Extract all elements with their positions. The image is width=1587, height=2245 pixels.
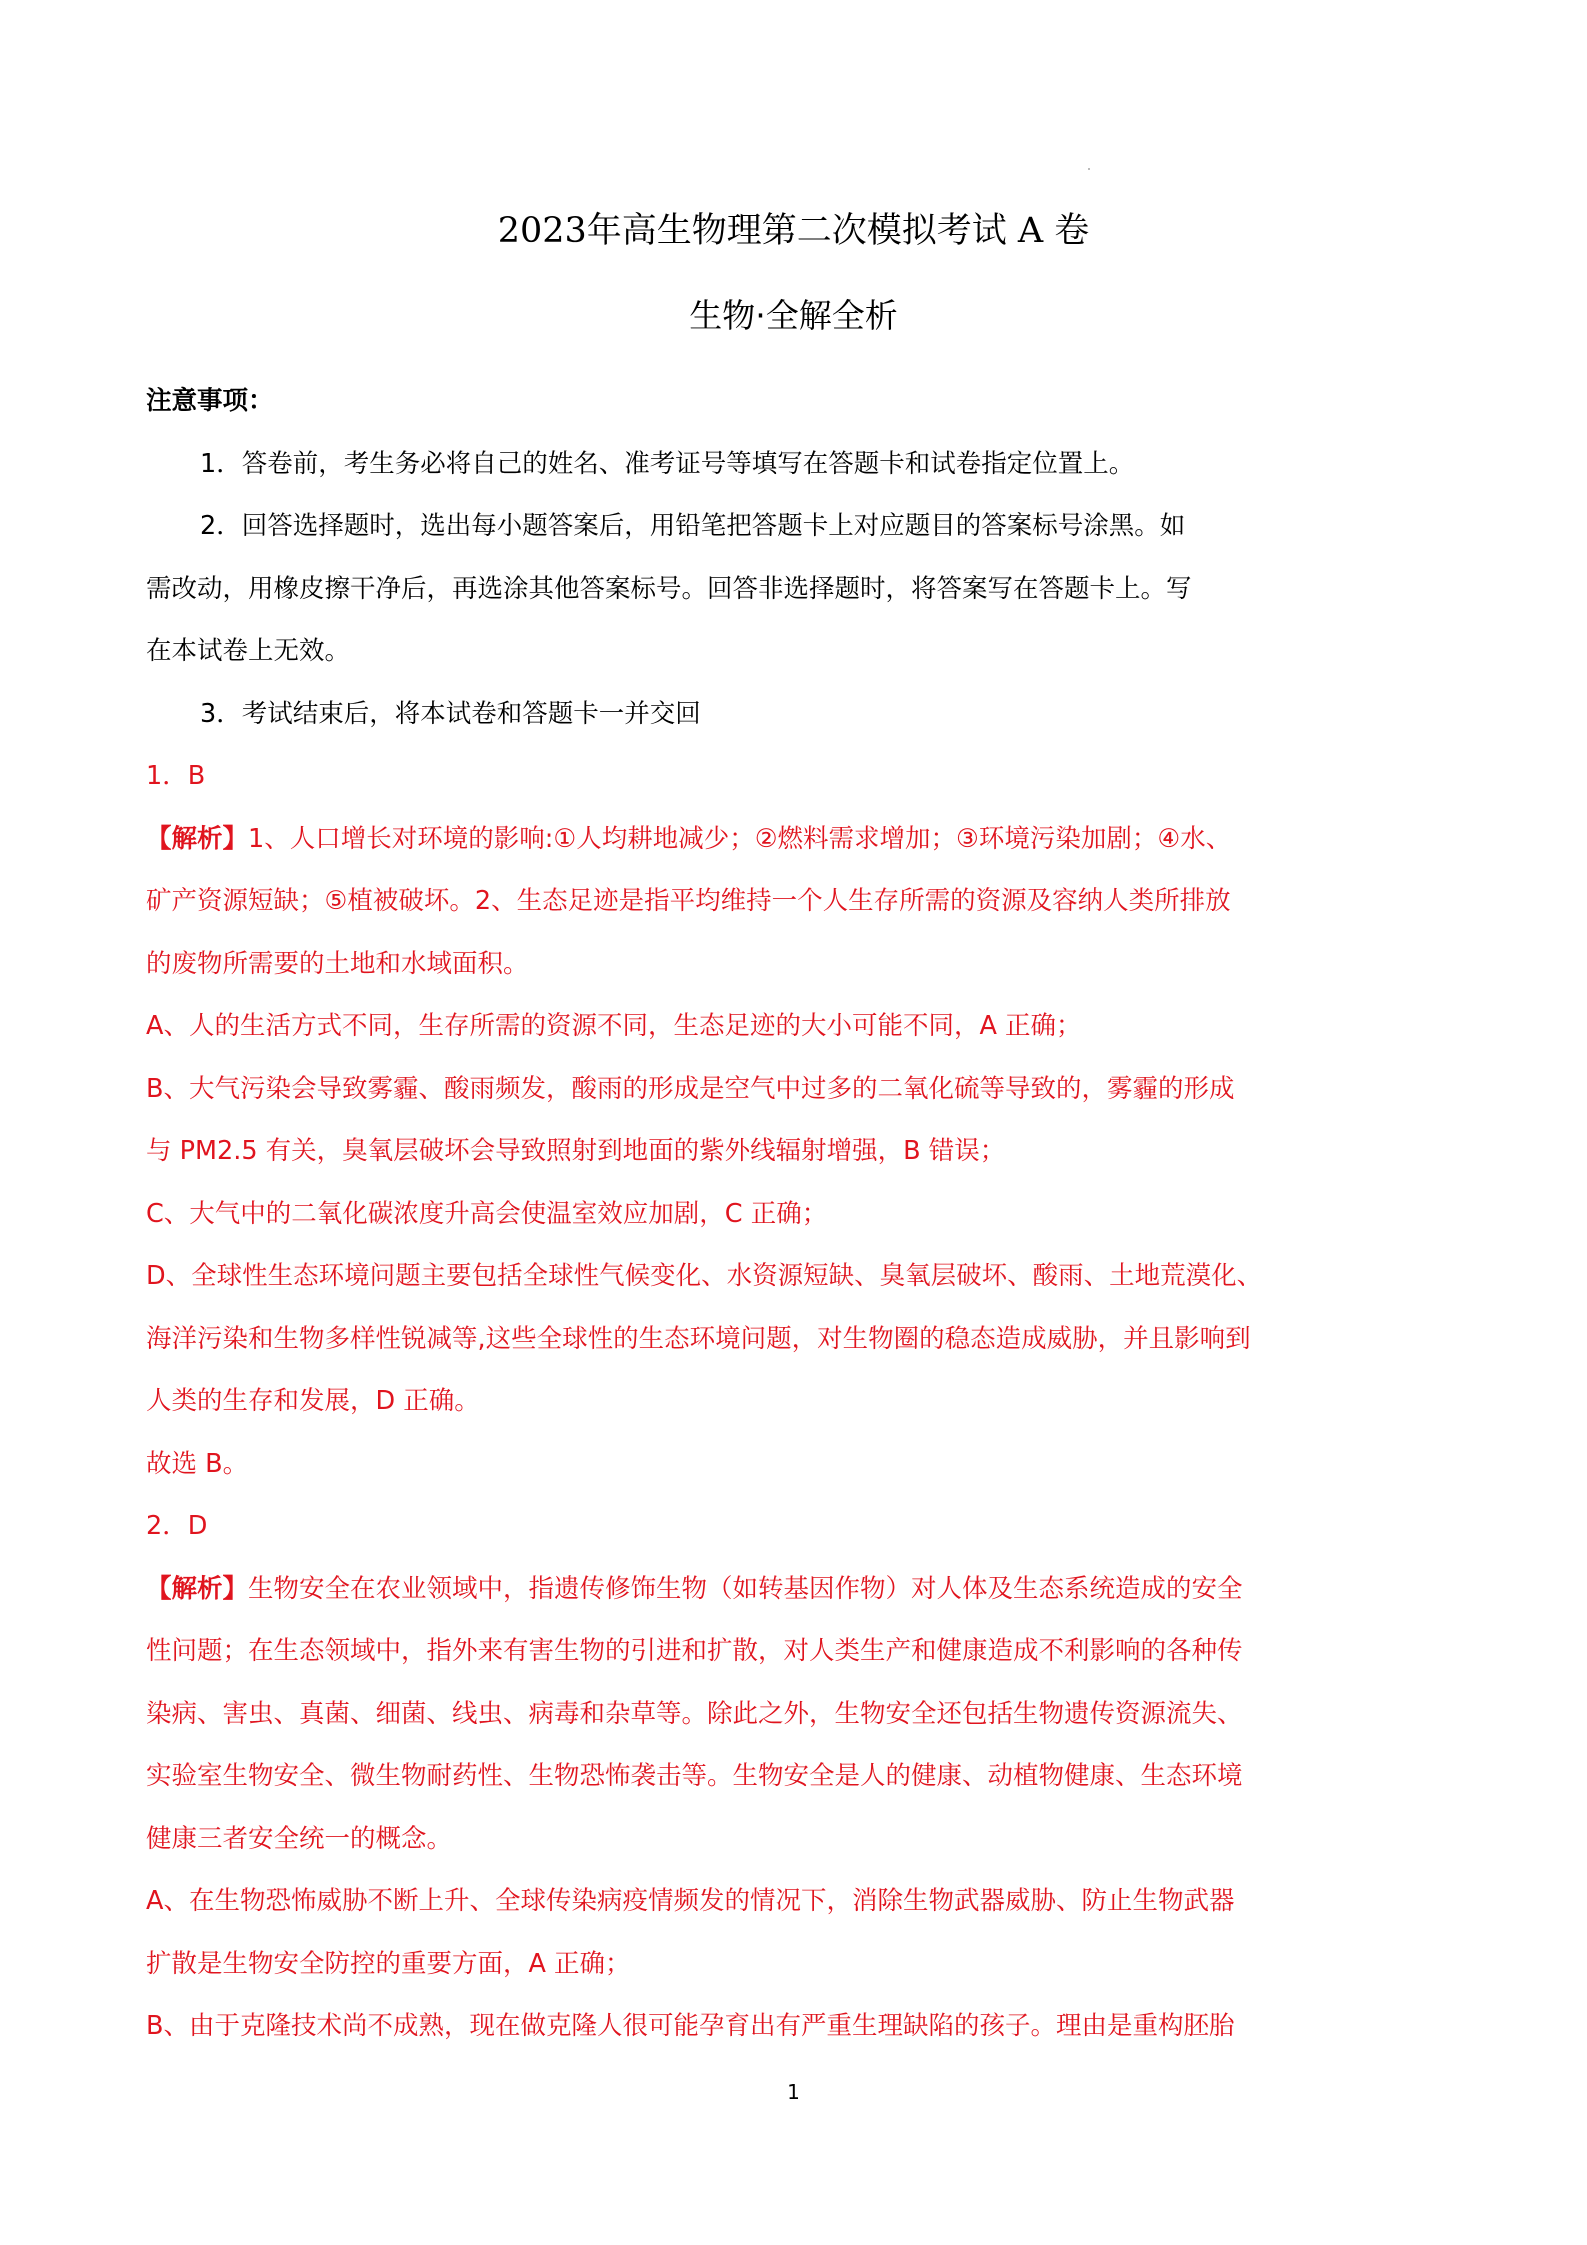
option-line: 与 PM2.5 有关，臭氧层破坏会导致照射到地面的紫外线辐射增强，B 错误； — [146, 1120, 1358, 1183]
question-1-answer: 1．B — [146, 745, 1358, 808]
analysis-text: 矿产资源短缺；⑤植被破坏。2、生态足迹是指平均维持一个人生存所需的资源及容纳人类… — [146, 870, 1358, 933]
document-body: 注意事项： 1．答卷前，考生务必将自己的姓名、准考证号等填写在答题卡和试卷指定位… — [146, 370, 1358, 2058]
option-line: 扩散是生物安全防控的重要方面，A 正确； — [146, 1933, 1358, 1996]
analysis-text: 染病、害虫、真菌、细菌、线虫、病毒和杂草等。除此之外，生物安全还包括生物遗传资源… — [146, 1683, 1358, 1746]
option-line: 海洋污染和生物多样性锐减等,这些全球性的生态环境问题，对生物圈的稳态造成威胁，并… — [146, 1308, 1358, 1371]
notice-line: 1．答卷前，考生务必将自己的姓名、准考证号等填写在答题卡和试卷指定位置上。 — [146, 433, 1358, 496]
analysis-text: 生物安全在农业领域中，指遗传修饰生物（如转基因作物）对人体及生态系统造成的安全 — [248, 1574, 1243, 1604]
option-line: B、大气污染会导致雾霾、酸雨频发，酸雨的形成是空气中过多的二氧化硫等导致的，雾霾… — [146, 1058, 1358, 1121]
analysis-text: 性问题；在生态领域中，指外来有害生物的引进和扩散，对人类生产和健康造成不利影响的… — [146, 1620, 1358, 1683]
conclusion-line: 故选 B。 — [146, 1433, 1358, 1496]
analysis-text: 健康三者安全统一的概念。 — [146, 1808, 1358, 1871]
option-line: D、全球性生态环境问题主要包括全球性气候变化、水资源短缺、臭氧层破坏、酸雨、土地… — [146, 1245, 1358, 1308]
notice-line: 2．回答选择题时，选出每小题答案后，用铅笔把答题卡上对应题目的答案标号涂黑。如 — [146, 495, 1358, 558]
analysis-text: 实验室生物安全、微生物耐药性、生物恐怖袭击等。生物安全是人的健康、动植物健康、生… — [146, 1745, 1358, 1808]
document-title: 2023年高生物理第二次模拟考试 A 卷 — [0, 203, 1587, 253]
analysis-text: 的废物所需要的土地和水域面积。 — [146, 933, 1358, 996]
page-number: 1 — [0, 2080, 1587, 2104]
option-line: A、在生物恐怖威胁不断上升、全球传染病疫情频发的情况下，消除生物武器威胁、防止生… — [146, 1870, 1358, 1933]
option-line: C、大气中的二氧化碳浓度升高会使温室效应加剧，C 正确； — [146, 1183, 1358, 1246]
document-subtitle: 生物·全解全析 — [0, 290, 1587, 337]
notice-line: 在本试卷上无效。 — [146, 620, 1358, 683]
notice-line: 3．考试结束后，将本试卷和答题卡一并交回 — [146, 683, 1358, 746]
option-line: B、由于克隆技术尚不成熟，现在做克隆人很可能孕育出有严重生理缺陷的孩子。理由是重… — [146, 1995, 1358, 2058]
question-2-answer: 2．D — [146, 1495, 1358, 1558]
question-1-analysis: 【解析】1、人口增长对环境的影响:①人均耕地减少；②燃料需求增加；③环境污染加剧… — [146, 808, 1358, 871]
notice-line: 需改动，用橡皮擦干净后，再选涂其他答案标号。回答非选择题时，将答案写在答题卡上。… — [146, 558, 1358, 621]
document-page: 2023年高生物理第二次模拟考试 A 卷 生物·全解全析 注意事项： 1．答卷前… — [0, 0, 1587, 2245]
analysis-label: 【解析】 — [146, 1574, 248, 1604]
notice-heading: 注意事项： — [146, 370, 1358, 433]
analysis-label: 【解析】 — [146, 824, 248, 854]
scan-artifact-dot — [1088, 168, 1090, 170]
option-line: 人类的生存和发展，D 正确。 — [146, 1370, 1358, 1433]
analysis-text: 1、人口增长对环境的影响:①人均耕地减少；②燃料需求增加；③环境污染加剧；④水、 — [248, 824, 1231, 854]
option-line: A、人的生活方式不同，生存所需的资源不同，生态足迹的大小可能不同，A 正确； — [146, 995, 1358, 1058]
question-2-analysis: 【解析】生物安全在农业领域中，指遗传修饰生物（如转基因作物）对人体及生态系统造成… — [146, 1558, 1358, 1621]
